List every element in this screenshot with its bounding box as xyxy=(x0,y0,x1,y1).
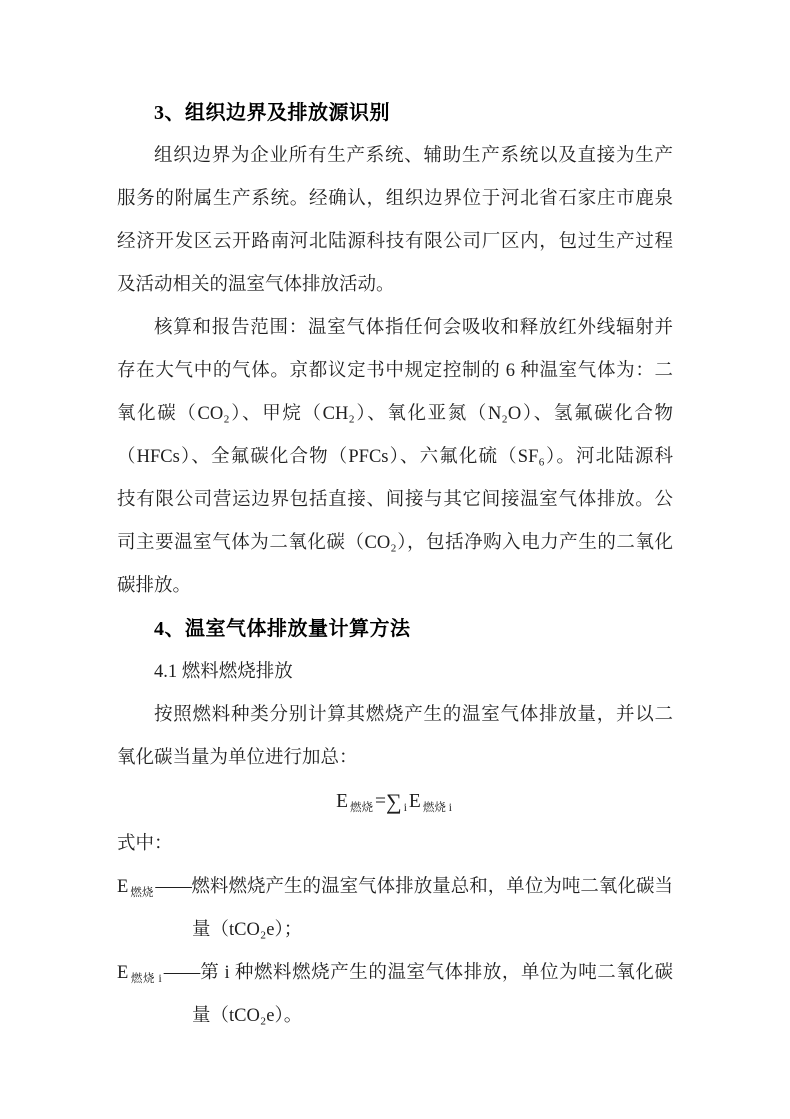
definition-text: 第 i 种燃料燃烧产生的温室气体排放，单位为吨二氧化碳当 xyxy=(117,963,673,995)
text-line: 氧化碳当量为单位进行加总： xyxy=(117,737,673,780)
section-heading-4: 4、温室气体排放量计算方法 xyxy=(117,608,673,651)
paragraph-org-boundary: 组织边界为企业所有生产系统、辅助生产系统以及直接为生产 服务的附属生产系统。经确… xyxy=(117,135,673,307)
formula-symbol-e: E xyxy=(336,791,348,812)
text-line: 及活动相关的温室气体排放活动。 xyxy=(117,264,673,307)
text-line: 存在大气中的气体。京都议定书中规定控制的 6 种温室气体为：二 xyxy=(117,350,673,393)
section-heading-3: 3、组织边界及排放源识别 xyxy=(117,92,673,135)
text-line: 技有限公司营运边界包括直接、间接与其它间接温室气体排放。公 xyxy=(117,479,673,522)
definition-text: 燃料燃烧产生的温室气体排放量总和，单位为吨二氧化碳当 xyxy=(191,877,673,897)
text-line: 服务的附属生产系统。经确认，组织边界位于河北省石家庄市鹿泉 xyxy=(117,178,673,221)
text-line: 氧化碳（CO₂）、甲烷（CH₂）、氧化亚氮（N₂O）、氢氟碳化合物 xyxy=(117,393,673,436)
definition-e-combustion-i: E燃烧 i——第 i 种燃料燃烧产生的温室气体排放，单位为吨二氧化碳当 量（tC… xyxy=(117,952,673,1038)
document-page: 3、组织边界及排放源识别 组织边界为企业所有生产系统、辅助生产系统以及直接为生产… xyxy=(0,0,790,1119)
text-line: 经济开发区云开路南河北陆源科技有限公司厂区内，包过生产过程 xyxy=(117,221,673,264)
text-line: （HFCs）、全氟碳化合物（PFCs）、六氟化硫（SF₆）。河北陆源科 xyxy=(117,436,673,479)
definition-dash: —— xyxy=(164,963,200,983)
definition-line: E燃烧 i——第 i 种燃料燃烧产生的温室气体排放，单位为吨二氧化碳当 xyxy=(117,952,673,995)
paragraph-accounting-scope: 核算和报告范围：温室气体指任何会吸收和释放红外线辐射并 存在大气中的气体。京都议… xyxy=(117,307,673,608)
where-label: 式中： xyxy=(117,823,673,866)
text-line: 司主要温室气体为二氧化碳（CO₂），包括净购入电力产生的二氧化 xyxy=(117,522,673,565)
formula-subscript: 燃烧 xyxy=(350,802,373,814)
subsection-heading-4-1: 4.1 燃料燃烧排放 xyxy=(117,651,673,694)
definition-symbol: E xyxy=(117,877,128,897)
text-line: 按照燃料种类分别计算其燃烧产生的温室气体排放量，并以二 xyxy=(117,694,673,737)
text-line: 核算和报告范围：温室气体指任何会吸收和释放红外线辐射并 xyxy=(117,307,673,350)
sigma-symbol: ∑ xyxy=(386,789,402,814)
paragraph-fuel-method: 按照燃料种类分别计算其燃烧产生的温室气体排放量，并以二 氧化碳当量为单位进行加总… xyxy=(117,694,673,780)
definition-line: E燃烧——燃料燃烧产生的温室气体排放量总和，单位为吨二氧化碳当 xyxy=(117,866,673,909)
definition-symbol-subscript: 燃烧 xyxy=(130,887,153,899)
definition-symbol: E xyxy=(117,963,128,983)
definition-dash: —— xyxy=(155,877,191,897)
definition-e-combustion: E燃烧——燃料燃烧产生的温室气体排放量总和，单位为吨二氧化碳当 量（tCO₂e）… xyxy=(117,866,673,952)
equals-sign: = xyxy=(375,791,386,812)
definition-symbol-subscript: 燃烧 i xyxy=(130,973,161,985)
formula-subscript: i xyxy=(404,802,407,814)
formula-fuel-combustion: E燃烧=∑iE燃烧 i xyxy=(117,780,673,823)
definition-continuation-line: 量（tCO₂e）； xyxy=(117,909,673,952)
text-line: 碳排放。 xyxy=(117,565,673,608)
formula-symbol-e: E xyxy=(409,791,421,812)
formula-subscript: 燃烧 i xyxy=(423,802,452,814)
definition-continuation-line: 量（tCO₂e）。 xyxy=(117,995,673,1038)
text-line: 组织边界为企业所有生产系统、辅助生产系统以及直接为生产 xyxy=(117,135,673,178)
